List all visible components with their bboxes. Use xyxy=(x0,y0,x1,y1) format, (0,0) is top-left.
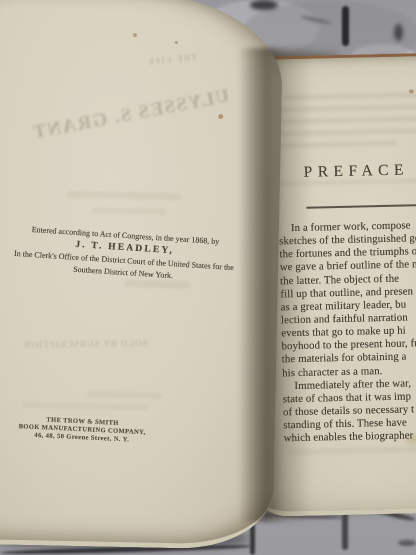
show-through-smudge xyxy=(22,402,147,411)
foxing-spot xyxy=(175,41,178,44)
show-through-smudge xyxy=(278,116,416,124)
show-through-smudge xyxy=(277,141,397,149)
left-page-copyright: THE LIFE ULYSSES S. GRANT SOLD BY SUBSCR… xyxy=(0,0,284,550)
wall-grout-mark xyxy=(342,6,349,46)
show-through-smudge xyxy=(271,128,416,137)
preface-body-text: In a former work, compose sketches of th… xyxy=(279,218,416,445)
show-through-smudge xyxy=(91,207,166,215)
preface-line: the materials for obtaining a xyxy=(282,350,416,367)
show-through-text: THE LIFE xyxy=(146,52,197,66)
wall-grout-mark xyxy=(250,0,278,10)
show-through-smudge xyxy=(288,446,416,455)
preface-heading: PREFACE xyxy=(303,161,409,181)
foxing-spot xyxy=(133,33,137,37)
show-through-text: SOLD BY SUBSCRIPTION xyxy=(23,338,147,350)
show-through-title: ULYSSES S. GRANT xyxy=(23,84,238,146)
show-through-smudge xyxy=(272,104,416,113)
show-through-smudge xyxy=(284,92,416,100)
wall-grout-mark xyxy=(394,24,403,41)
show-through-smudge xyxy=(87,391,162,399)
book-photo-scene: PREFACE In a former work, compose sketch… xyxy=(0,0,416,555)
preface-line: which enables the biographer xyxy=(284,429,416,446)
foxing-spot xyxy=(218,114,223,119)
show-through-smudge xyxy=(66,191,181,200)
printer-imprint-block: THE TROW & SMITH BOOK MANUFACTURING COMP… xyxy=(14,415,150,445)
preface-rule-ornament xyxy=(306,203,416,208)
wall-grout-mark xyxy=(398,540,416,546)
copyright-block: Entered according to Act of Congress, in… xyxy=(0,222,252,287)
foxing-spot xyxy=(409,89,414,93)
